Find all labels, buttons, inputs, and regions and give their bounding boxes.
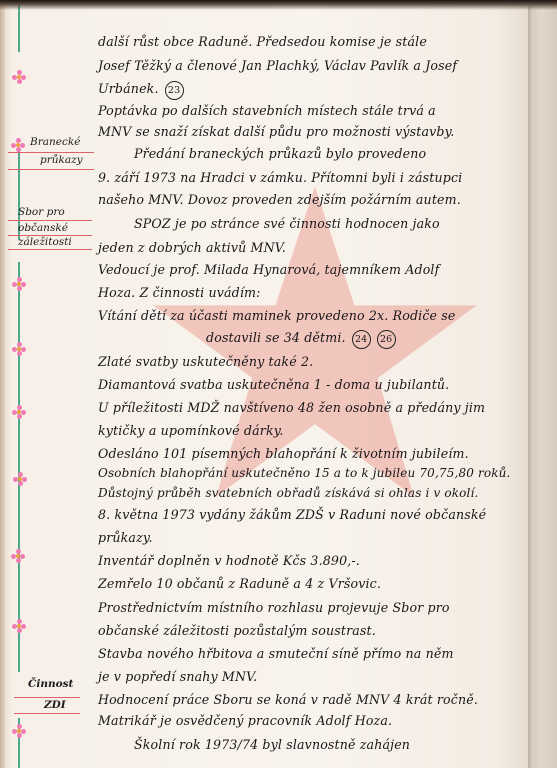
scan-shadow <box>0 0 557 10</box>
margin-note-line: ZDI <box>44 699 66 711</box>
text-line: SPOZ je po stránce své činnosti hodnocen… <box>134 216 440 231</box>
margin-note-line: Sbor pro <box>18 206 65 218</box>
margin-note-line: občanské <box>18 222 68 234</box>
margin-rule <box>8 152 94 153</box>
text-line: U příležitosti MDŽ navštíveno 48 žen oso… <box>98 400 485 415</box>
margin-rule <box>8 220 92 221</box>
text-line: je v popředí snahy MNV. <box>98 669 257 684</box>
flower-icon <box>13 472 27 486</box>
text-line: MNV se snaží získat další půdu pro možno… <box>98 124 454 139</box>
flower-icon <box>12 619 26 633</box>
text-line: Zlaté svatby uskutečněny také 2. <box>98 354 313 369</box>
text-line: průkazy. <box>98 530 153 545</box>
margin-rule <box>14 713 80 714</box>
text-line: Josef Těžký a členové Jan Plachký, Václa… <box>98 58 457 73</box>
text-line: Zemřelo 10 občanů z Raduně a 4 z Vršovic… <box>98 576 381 591</box>
margin-note-line: Činnost <box>28 678 73 690</box>
page-ref-badge: 26 <box>377 330 396 349</box>
flower-icon <box>12 405 26 419</box>
text-line: Školní rok 1973/74 byl slavnostně zaháje… <box>134 737 410 752</box>
text-line: Diamantová svatba uskutečněna 1 - doma u… <box>98 377 449 392</box>
text-line: kytičky a upomínkové dárky. <box>98 423 283 438</box>
text-line: Inventář doplněn v hodnotě Kčs 3.890,-. <box>98 553 360 568</box>
text-line: Hodnocení práce Sboru se koná v radě MNV… <box>98 692 478 707</box>
margin-note-line: záležitosti <box>18 236 72 248</box>
flower-icon <box>12 724 26 738</box>
chronicle-page: Branecké průkazy Sbor pro občanské zálež… <box>0 0 528 768</box>
margin-note-line: průkazy <box>40 154 83 166</box>
text-line: Stavba nového hřbitova a smuteční síně p… <box>98 646 454 661</box>
text-line: 8. května 1973 vydány žákům ZDŠ v Raduni… <box>98 507 486 522</box>
text-line: další růst obce Raduně. Předsedou komise… <box>98 34 427 49</box>
margin-rule <box>8 249 92 250</box>
margin-rule <box>8 169 94 170</box>
flower-icon <box>12 70 26 84</box>
text-line: občanské záležitosti pozůstalým soustras… <box>98 623 376 638</box>
margin-rule <box>14 697 80 698</box>
text-line: Prostřednictvím místního rozhlasu projev… <box>98 600 450 615</box>
flower-icon <box>12 277 26 291</box>
text-line: Osobních blahopřání uskutečněno 15 a to … <box>98 466 511 480</box>
text-line: Odesláno 101 písemných blahopřání k živo… <box>98 446 469 461</box>
text-line: 9. září 1973 na Hradci v zámku. Přítomni… <box>98 170 462 185</box>
text-line: Matrikář je osvědčený pracovník Adolf Ho… <box>98 713 392 728</box>
text-line: Poptávka po dalších stavebních místech s… <box>98 103 436 118</box>
text-line: Urbánek.23 <box>98 81 184 100</box>
binding-edge <box>0 0 5 768</box>
text-line: Důstojný průběh svatebních obřadů získáv… <box>98 486 478 500</box>
margin-line <box>18 262 20 672</box>
text-line: dostavili se 34 dětmi.2426 <box>206 330 396 349</box>
page-ref-badge: 24 <box>352 330 371 349</box>
page-ref-badge: 23 <box>165 81 184 100</box>
text-line: Vítání dětí za účasti maminek provedeno … <box>98 308 456 323</box>
flower-icon <box>11 549 25 563</box>
text-line: Předání braneckých průkazů bylo proveden… <box>134 146 426 161</box>
text-line: jeden z dobrých aktivů MNV. <box>98 240 286 255</box>
text-line: Vedoucí je prof. Milada Hynarová, tajemn… <box>98 262 439 277</box>
margin-note-line: Branecké <box>30 136 80 148</box>
text-line: Hoza. Z činnosti uvádím: <box>98 285 261 300</box>
flower-icon <box>11 138 25 152</box>
book-gutter <box>528 0 557 768</box>
text-line: našeho MNV. Dovoz proveden zdejším požár… <box>98 192 461 207</box>
flower-icon <box>12 342 26 356</box>
